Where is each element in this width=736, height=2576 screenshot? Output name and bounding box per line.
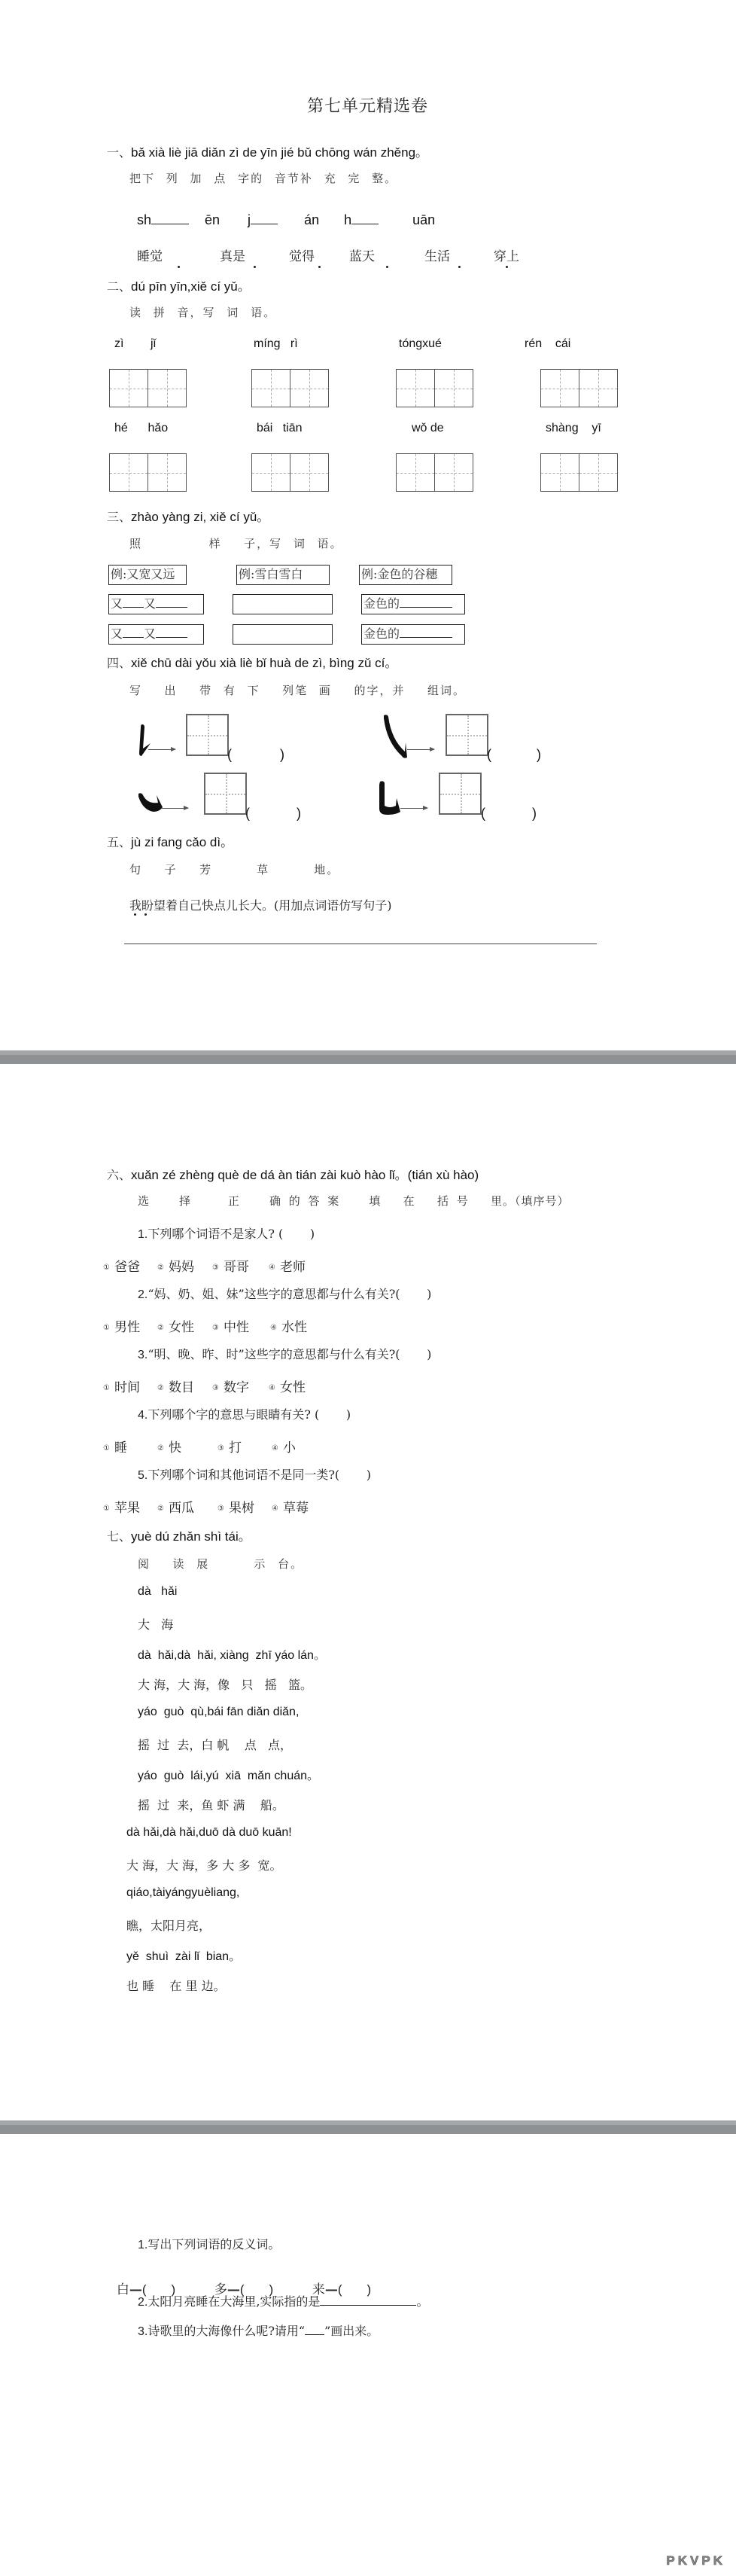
poem-line: dà hǎi,dà hǎi, xiàng zhī yáo lán。 xyxy=(138,1645,326,1663)
character-box[interactable] xyxy=(446,714,488,756)
poem-line: 大 海，大 海，像 只 摇 篮。 xyxy=(138,1675,312,1693)
example-box: 例:雪白雪白 xyxy=(236,565,330,585)
option[interactable]: ②女性 xyxy=(157,1316,212,1335)
word-item: 睡觉 xyxy=(137,245,220,264)
example-box: 例:又宽又远 xyxy=(108,565,187,585)
section-5-heading: 五、jù zi fang cǎo dì。 xyxy=(107,831,233,850)
option[interactable]: ③果树 xyxy=(217,1497,272,1516)
options-3: ①时间②数目③数字④女性 xyxy=(103,1376,306,1395)
model-sentence: 我盼望着自己快点儿长大。(用加点词语仿写句子) xyxy=(129,896,392,913)
option[interactable]: ①睡 xyxy=(103,1437,157,1456)
section-number: 五、 xyxy=(107,835,131,849)
word-item: 真是 xyxy=(220,245,289,264)
arrow-icon xyxy=(148,749,175,750)
section-3-heading: 三、zhào yàng zi, xiě cí yǔ。 xyxy=(107,506,269,525)
prefix-char: 又 xyxy=(111,626,123,641)
poem-line: yáo guò qù,bái fān diǎn diǎn, xyxy=(138,1706,299,1719)
page-separator xyxy=(0,2120,736,2134)
options-1: ①爸爸②妈妈③哥哥④老师 xyxy=(103,1256,306,1275)
writing-grid[interactable] xyxy=(109,369,187,407)
section-number: 四、 xyxy=(107,656,131,670)
section-number: 六、 xyxy=(107,1168,131,1182)
word-item: 生活 xyxy=(424,245,494,264)
prefix-char: 又 xyxy=(144,596,156,611)
underline-sample xyxy=(305,2324,324,2335)
option[interactable]: ④老师 xyxy=(269,1256,306,1275)
poem-line: 摇 过 去，白 帆 点 点， xyxy=(138,1736,292,1753)
writing-grid[interactable] xyxy=(251,369,329,407)
option[interactable]: ④小 xyxy=(272,1437,296,1456)
poem-line: yáo guò lái,yú xiā mǎn chuán。 xyxy=(138,1766,319,1783)
option[interactable]: ①苹果 xyxy=(103,1497,157,1516)
answer-paren-close: ) xyxy=(297,806,301,822)
section-number: 三、 xyxy=(107,510,131,524)
question-1: 1.下列哪个词语不是家人? ( ) xyxy=(138,1224,315,1242)
answer-paren-close: ) xyxy=(280,747,284,763)
section-pinyin: bǎ xià liè jiā diǎn zì de yīn jié bǔ chō… xyxy=(131,145,428,160)
section-pinyin: xuǎn zé zhèng què de dá àn tián zài kuò … xyxy=(131,1168,479,1182)
section-pinyin: xiě chū dài yǒu xià liè bǐ huà de zì, bì… xyxy=(131,656,397,670)
page-separator xyxy=(0,1050,736,1064)
prefix-char: 又 xyxy=(144,626,156,641)
answer-line[interactable] xyxy=(124,944,597,944)
poem-line: 瞧，太阳月亮， xyxy=(126,1916,211,1934)
section-3-instruction: 照 样 子，写 词 语。 xyxy=(129,535,343,551)
watermark-logo: PKVPK xyxy=(666,2553,725,2568)
word-item: 穿上 xyxy=(494,245,519,264)
answer-box[interactable] xyxy=(233,594,333,614)
option[interactable]: ③打 xyxy=(217,1437,272,1456)
answer-blank[interactable] xyxy=(251,213,278,224)
reading-question-2: 2.太阳月亮睡在大海里,实际指的是。 xyxy=(138,2292,428,2309)
section-pinyin: zhào yàng zi, xiě cí yǔ。 xyxy=(131,510,269,524)
prefix-char: 又 xyxy=(111,596,123,611)
blank-prefix: sh xyxy=(137,212,151,227)
answer-blank[interactable] xyxy=(151,213,189,224)
pinyin-label: hé hǎo xyxy=(114,422,168,435)
word-item: 蓝天 xyxy=(349,245,424,264)
answer-blank[interactable] xyxy=(351,213,379,224)
option[interactable]: ①男性 xyxy=(103,1316,157,1335)
answer-box[interactable]: 金色的 xyxy=(361,624,465,645)
poem-line: qiáo,tàiyángyuèliang, xyxy=(126,1886,239,1900)
prefix-text: 金色的 xyxy=(363,596,400,611)
answer-box[interactable] xyxy=(233,624,333,645)
arrow-icon xyxy=(400,808,427,809)
section-4-instruction: 写 出 带 有 下 列笔 画 的字，并 组词。 xyxy=(129,682,466,698)
section-pinyin: yuè dú zhǎn shì tái。 xyxy=(131,1529,251,1544)
option[interactable]: ④女性 xyxy=(269,1376,306,1395)
blank-suffix: ēn xyxy=(205,212,230,228)
stroke-wo-gou-icon xyxy=(137,791,164,813)
answer-box[interactable]: 又又 xyxy=(108,624,204,645)
poem-line: 大 海 xyxy=(138,1615,173,1632)
option[interactable]: ③数字 xyxy=(212,1376,269,1395)
option[interactable]: ①爸爸 xyxy=(103,1256,157,1275)
section-7-heading: 七、yuè dú zhǎn shì tái。 xyxy=(107,1526,251,1544)
section-2-heading: 二、dú pīn yīn,xiě cí yǔ。 xyxy=(107,276,251,294)
answer-paren-open: ( xyxy=(481,806,485,822)
question-3: 3.“明、晚、昨、时”这些字的意思都与什么有关?( ) xyxy=(138,1345,431,1362)
answer-paren-open: ( xyxy=(245,806,250,822)
character-box[interactable] xyxy=(439,773,482,815)
option[interactable]: ③哥哥 xyxy=(212,1256,269,1275)
answer-box[interactable]: 又又 xyxy=(108,594,204,614)
answer-paren-open: ( xyxy=(227,747,232,763)
option[interactable]: ②妈妈 xyxy=(157,1256,212,1275)
reading-question-3: 3.诗歌里的大海像什么呢?请用“”画出来。 xyxy=(138,2321,379,2339)
poem-line: dà hǎi,dà hǎi,duō dà duō kuān! xyxy=(126,1826,292,1840)
section-1-instruction: 把下 列 加 点 字的 音节补 充 完 整。 xyxy=(129,170,397,186)
character-box[interactable] xyxy=(186,714,229,756)
stroke-xie-gou-icon xyxy=(382,714,408,759)
option[interactable]: ①时间 xyxy=(103,1376,157,1395)
option[interactable]: ③中性 xyxy=(212,1316,270,1335)
emphasis-dot xyxy=(144,913,147,916)
section-6-heading: 六、xuǎn zé zhèng què de dá àn tián zài ku… xyxy=(107,1164,479,1183)
poem-line: 大 海，大 海，多 大 多 宽。 xyxy=(126,1856,282,1873)
writing-grid[interactable] xyxy=(540,453,618,492)
options-4: ①睡②快③打④小 xyxy=(103,1437,296,1456)
writing-grid[interactable] xyxy=(540,369,618,407)
blank-suffix: án xyxy=(304,212,319,227)
question-2: 2.“妈、奶、姐、妹”这些字的意思都与什么有关?( ) xyxy=(138,1285,431,1302)
section-6-instruction: 选 择 正 确 的 答 案 填 在 括 号 里。（填序号） xyxy=(138,1193,570,1209)
blank-prefix: h xyxy=(344,212,351,227)
answer-box[interactable]: 金色的 xyxy=(361,594,465,614)
prefix-text: 金色的 xyxy=(363,626,400,641)
answer-paren-open: ( xyxy=(487,747,491,763)
writing-grid[interactable] xyxy=(251,453,329,492)
section-2-instruction: 读 拼 音，写 词 语。 xyxy=(129,304,276,320)
example-box: 例:金色的谷穗 xyxy=(359,565,452,585)
question-5: 5.下列哪个词和其他词语不是同一类?( ) xyxy=(138,1465,371,1483)
pinyin-blanks-row: sh ēn j án h uān xyxy=(137,212,435,228)
dotted-words-row: 睡觉真是觉得蓝天生活穿上 xyxy=(137,245,519,264)
section-number: 七、 xyxy=(107,1529,131,1544)
pinyin-label: bái tiān xyxy=(257,422,302,435)
poem-line: dà hǎi xyxy=(138,1585,177,1599)
stroke-shu-wan-gou-icon xyxy=(378,780,402,815)
arrow-icon xyxy=(407,749,434,750)
option[interactable]: ②西瓜 xyxy=(157,1497,217,1516)
pinyin-label: míng rì xyxy=(254,337,298,351)
writing-grid[interactable] xyxy=(109,453,187,492)
section-4-heading: 四、xiě chū dài yǒu xià liè bǐ huà de zì, … xyxy=(107,652,397,671)
reading-question-1: 1.写出下列词语的反义词。 xyxy=(138,2235,280,2252)
poem-line: 也 睡 在 里 边。 xyxy=(126,1977,226,1994)
blank-suffix: uān xyxy=(412,212,435,227)
writing-grid[interactable] xyxy=(396,453,473,492)
options-5: ①苹果②西瓜③果树④草莓 xyxy=(103,1497,309,1516)
page-title: 第七单元精选卷 xyxy=(307,93,428,117)
pinyin-label: tóngxué xyxy=(399,337,442,351)
answer-paren-close: ) xyxy=(532,806,537,822)
poem-line: 摇 过 来，鱼 虾 满 船。 xyxy=(138,1796,284,1813)
section-pinyin: dú pīn yīn,xiě cí yǔ。 xyxy=(131,279,251,294)
poem-line: yě shuì zài lǐ bian。 xyxy=(126,1946,241,1964)
word-item: 觉得 xyxy=(289,245,349,264)
emphasis-dot xyxy=(134,913,136,916)
stroke-shu-ti-icon xyxy=(137,723,152,758)
section-7-instruction: 阅 读 展 示 台。 xyxy=(138,1556,303,1572)
section-number: 一、 xyxy=(107,145,131,160)
answer-paren-close: ) xyxy=(537,747,541,763)
pinyin-label: wǒ de xyxy=(412,422,444,435)
options-2: ①男性②女性③中性④水性 xyxy=(103,1316,307,1335)
question-4: 4.下列哪个字的意思与眼睛有关? ( ) xyxy=(138,1405,351,1422)
section-pinyin: jù zi fang cǎo dì。 xyxy=(131,835,233,849)
arrow-icon xyxy=(161,808,188,809)
option[interactable]: ④草莓 xyxy=(272,1497,309,1516)
option[interactable]: ②快 xyxy=(157,1437,217,1456)
character-box[interactable] xyxy=(204,773,247,815)
pinyin-label: shàng yī xyxy=(546,422,601,435)
section-5-instruction: 句 子 芳 草 地。 xyxy=(129,861,339,877)
answer-blank[interactable] xyxy=(320,2294,416,2306)
option[interactable]: ②数目 xyxy=(157,1376,212,1395)
writing-grid[interactable] xyxy=(396,369,473,407)
pinyin-label: rén cái xyxy=(525,337,570,351)
pinyin-label: zì jǐ xyxy=(114,337,156,351)
section-1-heading: 一、bǎ xià liè jiā diǎn zì de yīn jié bǔ c… xyxy=(107,142,428,160)
option[interactable]: ④水性 xyxy=(270,1316,307,1335)
section-number: 二、 xyxy=(107,279,131,294)
